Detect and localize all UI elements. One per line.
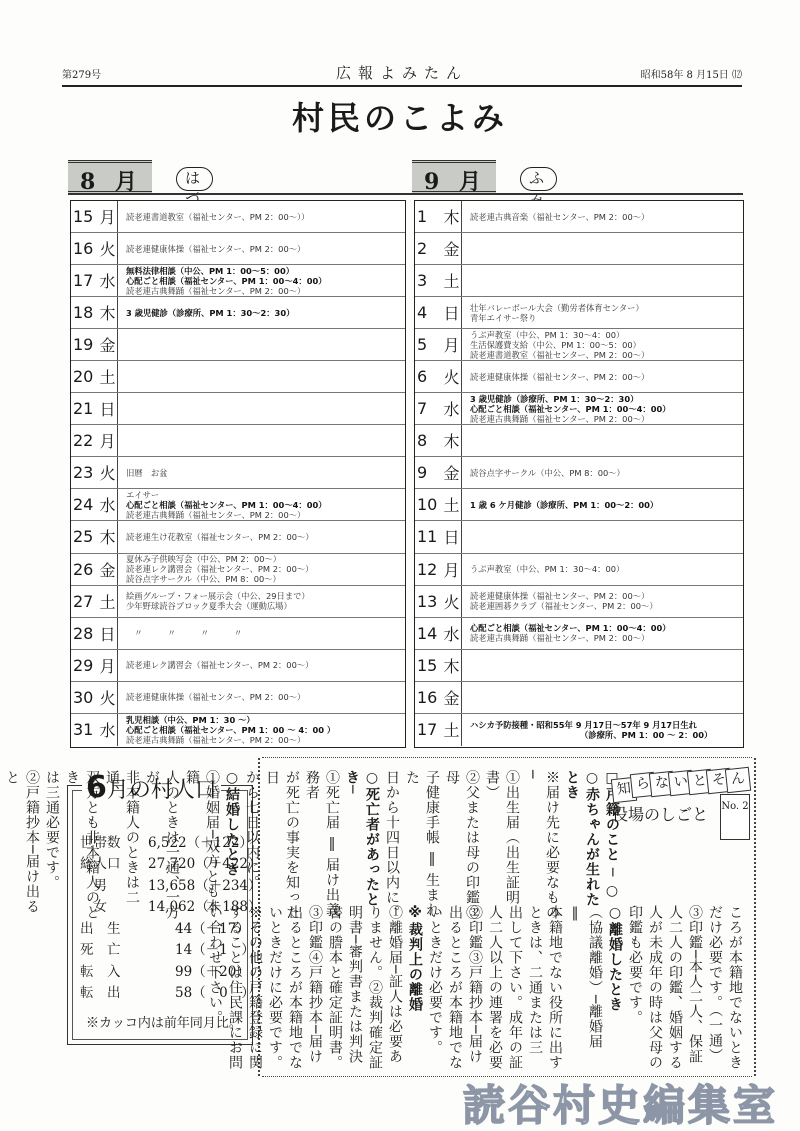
calendar-day-row: 18木3 歳児健診（診療所、PM 1：30〜2：30） (71, 297, 405, 329)
day-number: 11 (415, 521, 442, 552)
column-heading: ※裁判上の離婚 (405, 905, 425, 1070)
event-entry: 少年野球読谷ブロック夏季大会（運動広場） (126, 601, 405, 611)
day-number: 15 (71, 201, 98, 232)
calendar-day-row: 14水心配ごと相談（福祉センター、PM 1：00〜4：00）読老連古典舞踊（福祉… (415, 618, 743, 650)
day-events: うぶ声教室（中公、PM 1：30〜4：00） (462, 554, 743, 585)
event-entry: 読谷点字サークル（中公、PM 8：00〜） (470, 468, 743, 478)
weekday: 木 (98, 521, 118, 552)
page-title: 村民のこよみ (0, 93, 800, 139)
day-events: ハシカ予防接種・昭和55年 9 月17日〜57年 9 月17日生れ（診療所、PM… (462, 714, 743, 746)
column-line: ころが本籍地でないとき (725, 905, 745, 1070)
column-heading: ○赤ちゃんが生れたとき (562, 770, 602, 920)
event-entry: 読老連古典舞踊（福祉センター、PM 2：00〜） (126, 735, 405, 745)
august-kana-label: はづき (176, 167, 213, 191)
calendar-day-row: 12月うぶ声教室（中公、PM 1：30〜4：00） (415, 554, 743, 586)
day-events (462, 650, 743, 681)
column-line: が死亡の事実を知った日 (262, 770, 302, 920)
calendar-day-row: 21日 (71, 393, 405, 425)
day-number: 15 (415, 650, 442, 681)
column-line: ①婚姻届─双方とも本籍 (182, 770, 222, 920)
weekday: 金 (442, 233, 462, 264)
day-events (462, 521, 743, 552)
event-entry: 青年エイサー祭り (470, 313, 743, 323)
calendar-day-row: 20土 (71, 361, 405, 393)
column-line: ②父または母の印鑑③母 (442, 770, 482, 920)
event-entry: 絵画グループ・フォー展示会（中公、29日まで） (126, 591, 405, 601)
calendar-day-row: 16金 (415, 682, 743, 714)
calendar-day-row: 11日 (415, 521, 743, 553)
column-line: ③印鑑④戸籍抄本─届け (305, 905, 325, 1070)
day-number: 18 (71, 297, 98, 328)
calendar-day-row: 29月読老連レク講習会（福祉センター、PM 2：00〜） (71, 650, 405, 682)
event-entry: 読老連レク講習会（福祉センター、PM 2：00〜） (126, 660, 405, 670)
event-entry: 読老連健康体操（福祉センター、PM 2：00〜） (126, 244, 405, 254)
day-events: 読老連健康体操（福祉センター、PM 2：00〜） (118, 682, 405, 713)
calendar-day-row: 16火読老連健康体操（福祉センター、PM 2：00〜） (71, 233, 405, 265)
day-number: 31 (71, 714, 98, 746)
calendar-day-row: 13火読老連健康体操（福祉センター、PM 2：00〜）読老連囲碁クラブ（福祉セン… (415, 586, 743, 618)
weekday: 金 (98, 329, 118, 360)
event-entry: 読老連健康体操（福祉センター、PM 2：00〜） (126, 692, 405, 702)
day-events: 読老連健康体操（福祉センター、PM 2：00〜）読老連囲碁クラブ（福祉センター、… (462, 586, 743, 617)
series-title-tile: ん (725, 767, 751, 793)
weekday: 月 (98, 650, 118, 681)
september-month-label: 9 月 (412, 160, 496, 194)
event-entry: 読老連古典舞踊（福祉センター、PM 2：00〜） (126, 286, 405, 296)
column-line: 人二人の印鑑、婚姻する (665, 905, 685, 1070)
day-number: 17 (71, 265, 98, 296)
calendar-day-row: 15月読老連書道教室（福祉センター、PM 2：00〜）） (71, 201, 405, 233)
weekday: 水 (98, 489, 118, 520)
column-line: 明書─審判書または判決 (345, 905, 365, 1070)
calendar-day-row: 6火読老連健康体操（福祉センター、PM 2：00〜） (415, 361, 743, 393)
weekday: 月 (442, 329, 462, 360)
weekday: 火 (442, 586, 462, 617)
event-entry: 壮年バレーボール大会（勤労者体育センター） (470, 303, 743, 313)
day-number: 16 (71, 233, 98, 264)
weekday: 水 (98, 714, 118, 746)
event-entry: 心配ごと相談（福祉センター、PM 1：00〜4：00） (470, 623, 743, 633)
column-line: 出るところが本籍地でな (285, 905, 305, 1070)
calendar-day-row: 24水エイサー心配ごと相談（福祉センター、PM 1：00〜4：00）読老連古典舞… (71, 489, 405, 521)
header-divider (68, 193, 743, 195)
weekday: 土 (442, 489, 462, 520)
event-entry: 読老連生け花教室（福祉センター、PM 2：00〜） (126, 532, 405, 542)
day-number: 14 (415, 618, 442, 649)
column-line: 印鑑も必要です。 (625, 905, 645, 1070)
calendar-day-row: 25木読老連生け花教室（福祉センター、PM 2：00〜） (71, 521, 405, 553)
day-events: 3 歳児健診（診療所、PM 1：30〜2：30）心配ごと相談（福祉センター、PM… (462, 393, 743, 424)
day-events: 読谷点字サークル（中公、PM 8：00〜） (462, 457, 743, 488)
column-upper-text: □戸籍のこと ─ ○○赤ちゃんが生れたとき※届け先に必要なもの─①出生届（出生証… (2, 770, 622, 920)
calendar-day-row: 15木 (415, 650, 743, 682)
day-events (462, 682, 743, 713)
day-events: 読老連レク講習会（福祉センター、PM 2：00〜） (118, 650, 405, 681)
column-line: 書の謄本と確定証明書。 (325, 905, 345, 1070)
day-events: 読老連生け花教室（福祉センター、PM 2：00〜） (118, 521, 405, 552)
day-events (462, 233, 743, 264)
column-line: 日から十四日以内に。 (382, 770, 402, 920)
column-line: 人が未成年の時は父母の (645, 905, 665, 1070)
column-line: 本籍地でない役所に出す (545, 905, 565, 1070)
column-heading: ○死亡者があったとき─ (342, 770, 382, 920)
population-label: 死 亡 (80, 938, 142, 958)
calendar-day-row: 17土ハシカ予防接種・昭和55年 9 月17日〜57年 9 月17日生れ（診療所… (415, 714, 743, 746)
population-label: 転 入 (80, 960, 142, 980)
event-entry: 読谷点字サークル（中公、PM 8：00〜） (126, 574, 405, 584)
day-number: 5 (415, 329, 442, 360)
column-heading: ○結婚したとき (222, 770, 242, 920)
day-events: 読老連健康体操（福祉センター、PM 2：00〜） (118, 233, 405, 264)
day-events: 読老連健康体操（福祉センター、PM 2：00〜） (462, 361, 743, 392)
event-entry: 3 歳児健診（診療所、PM 1：30〜2：30） (470, 394, 743, 404)
calendar-day-row: 23火旧暦 お盆 (71, 457, 405, 489)
august-calendar: 15月読老連書道教室（福祉センター、PM 2：00〜））16火読老連健康体操（福… (70, 200, 406, 748)
event-entry: 読老連囲碁クラブ（福祉センター、PM 2：00〜） (470, 601, 743, 611)
calendar-day-row: 7水3 歳児健診（診療所、PM 1：30〜2：30）心配ごと相談（福祉センター、… (415, 393, 743, 425)
weekday: 木 (442, 425, 462, 456)
issue-date: 昭和58年 8 月15日 ⑿ (641, 66, 742, 81)
day-events: エイサー心配ごと相談（福祉センター、PM 1：00〜4：00）読老連古典舞踊（福… (118, 489, 405, 520)
column-line: 人のときは一通、一方が (142, 770, 182, 920)
weekday: 日 (442, 297, 462, 328)
august-month-label: 8 月 (68, 160, 152, 194)
column-line: いときだけ必要です。 (425, 905, 445, 1070)
calendar-day-row: 27土絵画グループ・フォー展示会（中公、29日まで）少年野球読谷ブロック夏季大会… (71, 586, 405, 618)
column-line: は三通必要です。 (42, 770, 62, 920)
event-entry: 読老連レク講習会（福祉センター、PM 2：00〜） (126, 564, 405, 574)
column-line: だけ必要です。（一通） (705, 905, 725, 1070)
event-entry: ハシカ予防接種・昭和55年 9 月17日〜57年 9 月17日生れ (470, 720, 743, 730)
column-line: りません。②裁判確定証 (365, 905, 385, 1070)
column-line: ※届け先に必要なもの─ (522, 770, 562, 920)
column-line: 出るところが本籍地でな (445, 905, 465, 1070)
column-line: ①出生届（出生証明書） (482, 770, 522, 920)
day-number: 6 (415, 361, 442, 392)
weekday: 木 (98, 297, 118, 328)
day-number: 8 (415, 425, 442, 456)
weekday: 日 (98, 618, 118, 649)
column-line: 双方とも非本籍人のとき (62, 770, 102, 920)
event-entry: 心配ごと相談（福祉センター、PM 1：00〜4：00） (126, 500, 405, 510)
calendar-day-row: 26金夏休み子供映写会（中公、PM 2：00〜）読老連レク講習会（福祉センター、… (71, 554, 405, 586)
weekday: 金 (442, 457, 462, 488)
day-number: 19 (71, 329, 98, 360)
day-events (462, 425, 743, 456)
calendar-day-row: 9金読谷点字サークル（中公、PM 8：00〜） (415, 457, 743, 489)
day-events (118, 361, 405, 392)
calendar-day-row: 30火読老連健康体操（福祉センター、PM 2：00〜） (71, 682, 405, 714)
day-events: 3 歳児健診（診療所、PM 1：30〜2：30） (118, 297, 405, 328)
event-entry: 無料法律相談（中公、PM 1：00〜5：00） (126, 266, 405, 276)
weekday: 日 (98, 393, 118, 424)
day-number: 13 (415, 586, 442, 617)
column-line: ※その他の戸籍登録に関 (245, 905, 265, 1070)
weekday: 火 (98, 457, 118, 488)
day-events: 旧暦 お盆 (118, 457, 405, 488)
day-number: 16 (415, 682, 442, 713)
calendar-day-row: 3土 (415, 265, 743, 297)
calendar-day-row: 17水無料法律相談（中公、PM 1：00〜5：00）心配ごと相談（福祉センター、… (71, 265, 405, 297)
weekday: 日 (442, 521, 462, 552)
day-number: 24 (71, 489, 98, 520)
column-line: ②戸籍抄本─届け出ると (2, 770, 42, 920)
calendar-day-row: 1木読老連古典音楽（福祉センター、PM 2：00〜） (415, 201, 743, 233)
event-entry: うぶ声教室（中公、PM 1：30〜4：00） (470, 330, 743, 340)
day-events: 絵画グループ・フォー展示会（中公、29日まで）少年野球読谷ブロック夏季大会（運動… (118, 586, 405, 617)
column-line: ②印鑑③戸籍抄本─届け (465, 905, 485, 1070)
column-line: ①離婚届─証人は必要あ (385, 905, 405, 1070)
column-number-badge: No. 2 (720, 794, 750, 840)
day-events: 無料法律相談（中公、PM 1：00〜5：00）心配ごと相談（福祉センター、PM … (118, 265, 405, 296)
event-entry: 旧暦 お盆 (126, 468, 405, 478)
day-events: 夏休み子供映写会（中公、PM 2：00〜）読老連レク講習会（福祉センター、PM … (118, 554, 405, 585)
day-events: 読老連古典音楽（福祉センター、PM 2：00〜） (462, 201, 743, 232)
day-events: 心配ごと相談（福祉センター、PM 1：00〜4：00）読老連古典舞踊（福祉センタ… (462, 618, 743, 649)
day-events: 〃 〃 〃 〃 (118, 618, 405, 649)
event-entry: （診療所、PM 1：00 〜 2：00） (470, 730, 743, 740)
day-number: 4 (415, 297, 442, 328)
day-events (118, 329, 405, 360)
day-number: 1 (415, 201, 442, 232)
event-entry: 読老連書道教室（福祉センター、PM 2：00〜） (470, 350, 743, 360)
event-entry: うぶ声教室（中公、PM 1：30〜4：00） (470, 564, 743, 574)
day-number: 20 (71, 361, 98, 392)
day-number: 17 (415, 714, 442, 746)
population-label: 転 出 (80, 981, 142, 1001)
day-events: うぶ声教室（中公、PM 1：30〜4：00）生活保護費支給（中公、PM 1：00… (462, 329, 743, 360)
day-number: 23 (71, 457, 98, 488)
weekday: 金 (98, 554, 118, 585)
event-entry: 夏休み子供映写会（中公、PM 2：00〜） (126, 554, 405, 564)
calendar-day-row: 22月 (71, 425, 405, 457)
day-number: 27 (71, 586, 98, 617)
weekday: 火 (442, 361, 462, 392)
column-line: 出して下さい。成年の証 (505, 905, 525, 1070)
event-entry: 読老連書道教室（福祉センター、PM 2：00〜）） (126, 212, 405, 222)
weekday: 水 (442, 618, 462, 649)
day-number: 29 (71, 650, 98, 681)
event-entry: 3 歳児健診（診療所、PM 1：30〜2：30） (126, 308, 405, 318)
september-kana-label: ふみづき (520, 167, 557, 191)
weekday: 火 (98, 233, 118, 264)
day-number: 9 (415, 457, 442, 488)
event-entry: 読老連古典音楽（福祉センター、PM 2：00〜） (470, 212, 743, 222)
september-calendar: 1木読老連古典音楽（福祉センター、PM 2：00〜）2金3土4日壮年バレーボール… (414, 200, 744, 748)
calendar-day-row: 31水乳児相談（中公、PM 1：30 〜）心配ごと相談（福祉センター、PM 1：… (71, 714, 405, 746)
day-events (462, 265, 743, 296)
day-number: 12 (415, 554, 442, 585)
column-lower-text: ころが本籍地でないときだけ必要です。（一通）③印鑑─本人二人、保証人二人の印鑑、… (205, 905, 745, 1070)
weekday: 土 (442, 265, 462, 296)
day-events: 壮年バレーボール大会（勤労者体育センター）青年エイサー祭り (462, 297, 743, 328)
day-number: 2 (415, 233, 442, 264)
calendar-day-row: 8木 (415, 425, 743, 457)
day-number: 26 (71, 554, 98, 585)
event-entry: 読老連健康体操（福祉センター、PM 2：00〜） (470, 372, 743, 382)
weekday: 月 (442, 554, 462, 585)
day-events (118, 393, 405, 424)
column-line: （協議離婚）─離婚届 ‖ (565, 905, 605, 1070)
column-line: から七日以内に。 (242, 770, 262, 920)
weekday: 月 (98, 425, 118, 456)
day-events (118, 425, 405, 456)
event-entry: 〃 〃 〃 〃 (126, 628, 405, 638)
day-number: 28 (71, 618, 98, 649)
column-heading: ○離婚したとき (605, 905, 625, 1070)
day-events: 1 歳 6 ケ月健診（診療所、PM 1：00〜2：00） (462, 489, 743, 520)
day-number: 25 (71, 521, 98, 552)
column-line: いときだけに必要です。 (265, 905, 285, 1070)
weekday: 水 (98, 265, 118, 296)
archive-watermark: 読谷村史編集室 (463, 1073, 778, 1131)
weekday: 土 (98, 361, 118, 392)
event-entry: 読老連古典舞踊（福祉センター、PM 2：00〜） (126, 510, 405, 520)
event-entry: 心配ごと相談（福祉センター、PM 1：00〜4：00） (126, 276, 405, 286)
calendar-day-row: 4日壮年バレーボール大会（勤労者体育センター）青年エイサー祭り (415, 297, 743, 329)
event-entry: 心配ごと相談（福祉センター、PM 1：00 〜 4：00 ） (126, 725, 405, 735)
event-entry: 生活保護費支給（中公、PM 1：00〜5：00） (470, 340, 743, 350)
day-events: 読老連書道教室（福祉センター、PM 2：00〜）） (118, 201, 405, 232)
day-number: 30 (71, 682, 98, 713)
weekday: 火 (98, 682, 118, 713)
calendar-day-row: 10土1 歳 6 ケ月健診（診療所、PM 1：00〜2：00） (415, 489, 743, 521)
column-line: ときは、二通または三 (525, 905, 545, 1070)
event-entry: 読老連健康体操（福祉センター、PM 2：00〜） (470, 591, 743, 601)
weekday: 水 (442, 393, 462, 424)
calendar-day-row: 19金 (71, 329, 405, 361)
day-number: 10 (415, 489, 442, 520)
column-line: ③印鑑─本人二人、保証 (685, 905, 705, 1070)
day-number: 7 (415, 393, 442, 424)
event-entry: 乳児相談（中公、PM 1：30 〜） (126, 715, 405, 725)
weekday: 金 (442, 682, 462, 713)
calendar-day-row: 5月うぶ声教室（中公、PM 1：30〜4：00）生活保護費支給（中公、PM 1：… (415, 329, 743, 361)
event-entry: 1 歳 6 ケ月健診（診療所、PM 1：00〜2：00） (470, 500, 743, 510)
column-illustration: 知らないとそん 役場のしごと No. 2 (612, 770, 752, 890)
weekday: 木 (442, 650, 462, 681)
event-entry: エイサー (126, 490, 405, 500)
event-entry: 読老連古典舞踊（福祉センター、PM 2：00〜） (470, 633, 743, 643)
day-events: 乳児相談（中公、PM 1：30 〜）心配ごと相談（福祉センター、PM 1：00 … (118, 714, 405, 746)
column-subtitle: 役場のしごと (612, 802, 708, 825)
column-line: することは住民課にお問 (225, 905, 245, 1070)
column-line: 非本籍人のときは二通、 (102, 770, 142, 920)
weekday: 土 (442, 714, 462, 746)
column-line: い合わせ下さい。 (205, 905, 225, 1070)
calendar-day-row: 28日 〃 〃 〃 〃 (71, 618, 405, 650)
day-number: 21 (71, 393, 98, 424)
event-entry: 読老連古典舞踊（福祉センター、PM 2：00〜） (470, 414, 743, 424)
column-line: 人二人以上の連署を必要 (485, 905, 505, 1070)
calendar-day-row: 2金 (415, 233, 743, 265)
weekday: 木 (442, 201, 462, 232)
column-line: ①死亡届 ‖ 届け出義務者 (302, 770, 342, 920)
weekday: 月 (98, 201, 118, 232)
weekday: 土 (98, 586, 118, 617)
day-number: 22 (71, 425, 98, 456)
day-number: 3 (415, 265, 442, 296)
column-line: 子健康手帳 ‖ 生まれた (402, 770, 442, 920)
masthead: 第279号 広報よみたん 昭和58年 8 月15日 ⑿ (62, 63, 742, 87)
event-entry: 心配ごと相談（福祉センター、PM 1：00〜4：00） (470, 404, 743, 414)
